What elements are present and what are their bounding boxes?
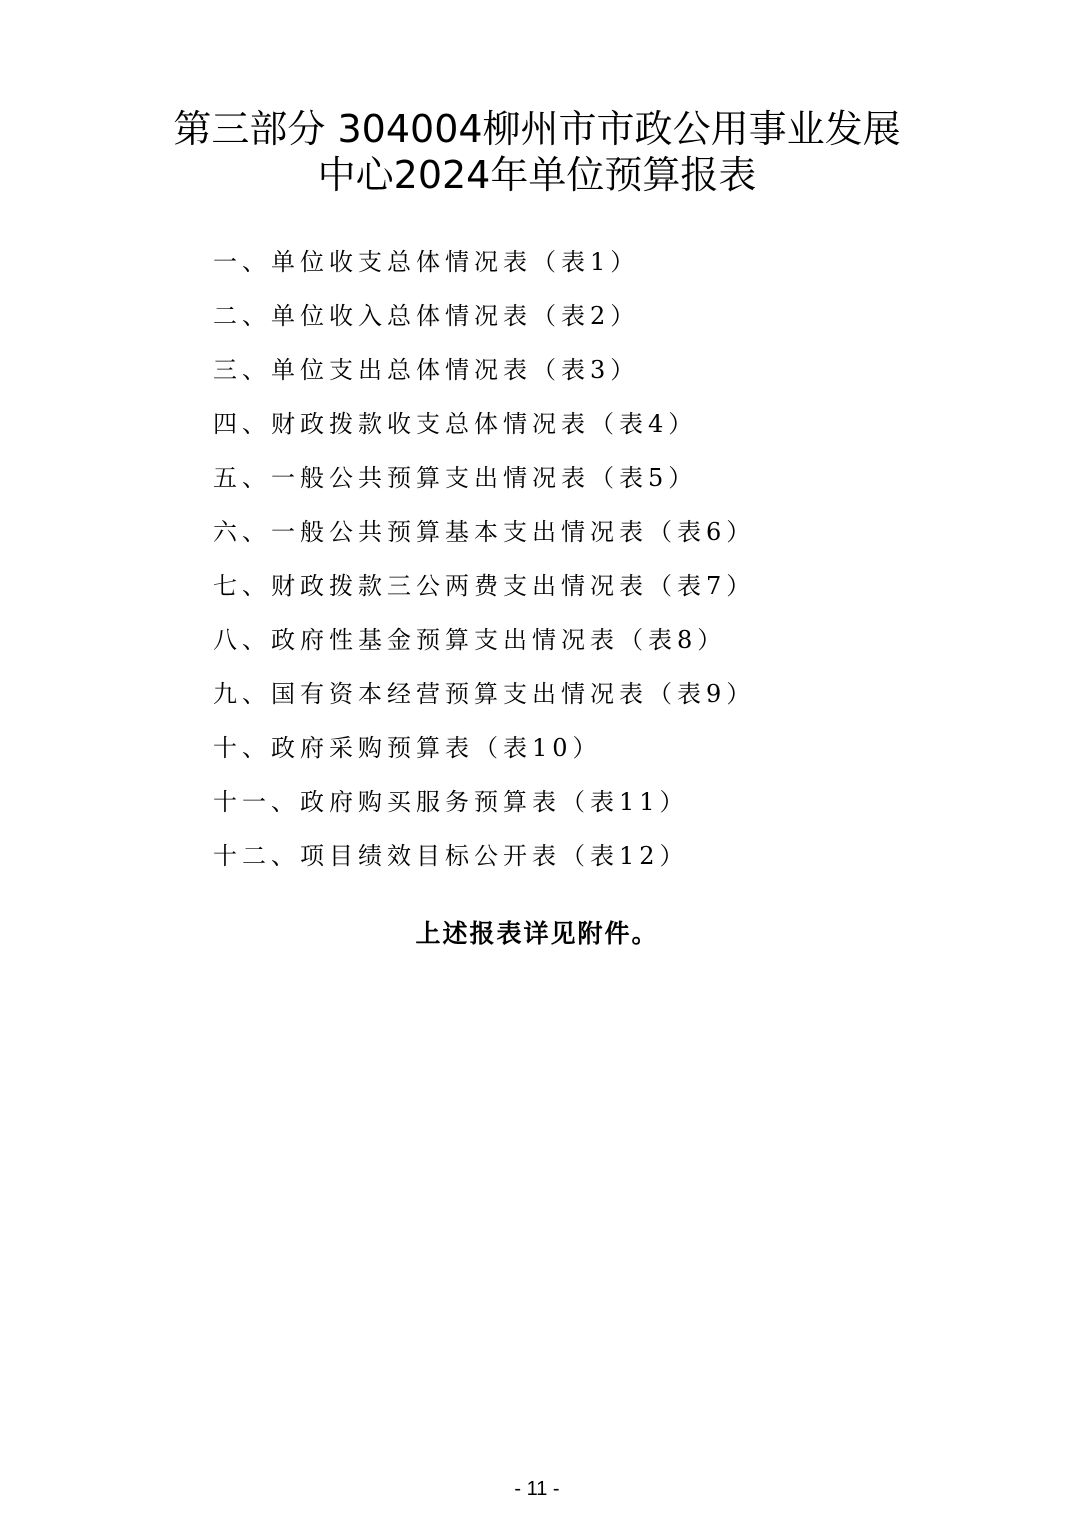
toc-item: 七、财政拨款三公两费支出情况表（表7） <box>213 564 755 618</box>
title-line-2: 中心2024年单位预算报表 <box>0 152 1074 198</box>
toc-item: 九、国有资本经营预算支出情况表（表9） <box>213 672 755 726</box>
toc-item: 五、一般公共预算支出情况表（表5） <box>213 456 755 510</box>
page-number: - 11 - <box>0 1478 1074 1501</box>
toc-item: 一、单位收支总体情况表（表1） <box>213 240 755 294</box>
toc-item: 四、财政拨款收支总体情况表（表4） <box>213 402 755 456</box>
toc-item: 十、政府采购预算表（表10） <box>213 726 755 780</box>
toc-item: 二、单位收入总体情况表（表2） <box>213 294 755 348</box>
toc-item: 十二、项目绩效目标公开表（表12） <box>213 834 755 888</box>
toc-item: 十一、政府购买服务预算表（表11） <box>213 780 755 834</box>
table-of-contents: 一、单位收支总体情况表（表1） 二、单位收入总体情况表（表2） 三、单位支出总体… <box>213 240 755 888</box>
toc-item: 三、单位支出总体情况表（表3） <box>213 348 755 402</box>
toc-item: 六、一般公共预算基本支出情况表（表6） <box>213 510 755 564</box>
attachment-note: 上述报表详见附件。 <box>0 912 1074 956</box>
toc-item: 八、政府性基金预算支出情况表（表8） <box>213 618 755 672</box>
title-line-1: 第三部分 304004柳州市市政公用事业发展 <box>0 106 1074 152</box>
page-title: 第三部分 304004柳州市市政公用事业发展 中心2024年单位预算报表 <box>0 106 1074 198</box>
